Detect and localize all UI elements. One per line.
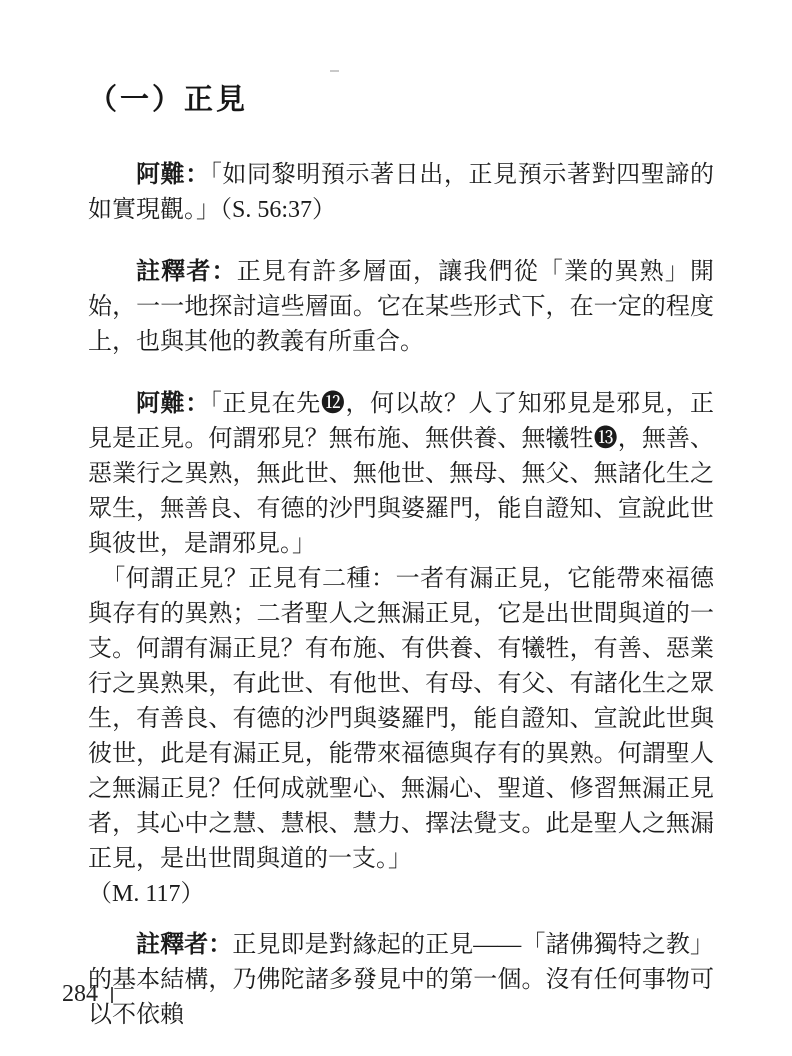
page-number: 284 bbox=[62, 980, 98, 1008]
paragraph-ananda-quote-1: 阿難：「如同黎明預示著日出，正見預示著對四聖諦的如實現觀。」（S. 56:37） bbox=[88, 158, 714, 228]
book-page: （一）正見 阿難：「如同黎明預示著日出，正見預示著對四聖諦的如實現觀。」（S. … bbox=[0, 0, 792, 1056]
scan-artifact-mark bbox=[330, 70, 339, 72]
section-heading: （一）正見 bbox=[88, 82, 714, 118]
speaker-label: 註釋者： bbox=[136, 259, 237, 285]
paragraph-ananda-quote-2: 阿難：「正見在先⓬，何以故？人了知邪見是邪見，正見是正見。何謂邪見？無布施、無供… bbox=[88, 387, 714, 562]
speaker-label: 阿難： bbox=[136, 391, 210, 417]
speaker-label: 阿難： bbox=[136, 162, 210, 188]
speaker-label: 註釋者： bbox=[136, 932, 232, 958]
sutta-citation: （M. 117） bbox=[88, 877, 714, 912]
paragraph-commentator-1: 註釋者：正見有許多層面，讓我們從「業的異熟」開始，一一地探討這些層面。它在某些形… bbox=[88, 255, 714, 360]
page-content: （一）正見 阿難：「如同黎明預示著日出，正見預示著對四聖諦的如實現觀。」（S. … bbox=[88, 82, 714, 1033]
paragraph-commentator-2: 註釋者：正見即是對緣起的正見——「諸佛獨特之教」的基本結構，乃佛陀諸多發見中的第… bbox=[88, 928, 714, 1033]
paragraph-quote-continuation: 「何謂正見？正見有二種：一者有漏正見，它能帶來福德與存有的異熟；二者聖人之無漏正… bbox=[88, 562, 714, 877]
page-footer: 284 bbox=[62, 980, 113, 1008]
paragraph-text: 「何謂正見？正見有二種：一者有漏正見，它能帶來福德與存有的異熟；二者聖人之無漏正… bbox=[88, 566, 714, 872]
footer-divider bbox=[111, 987, 113, 1003]
